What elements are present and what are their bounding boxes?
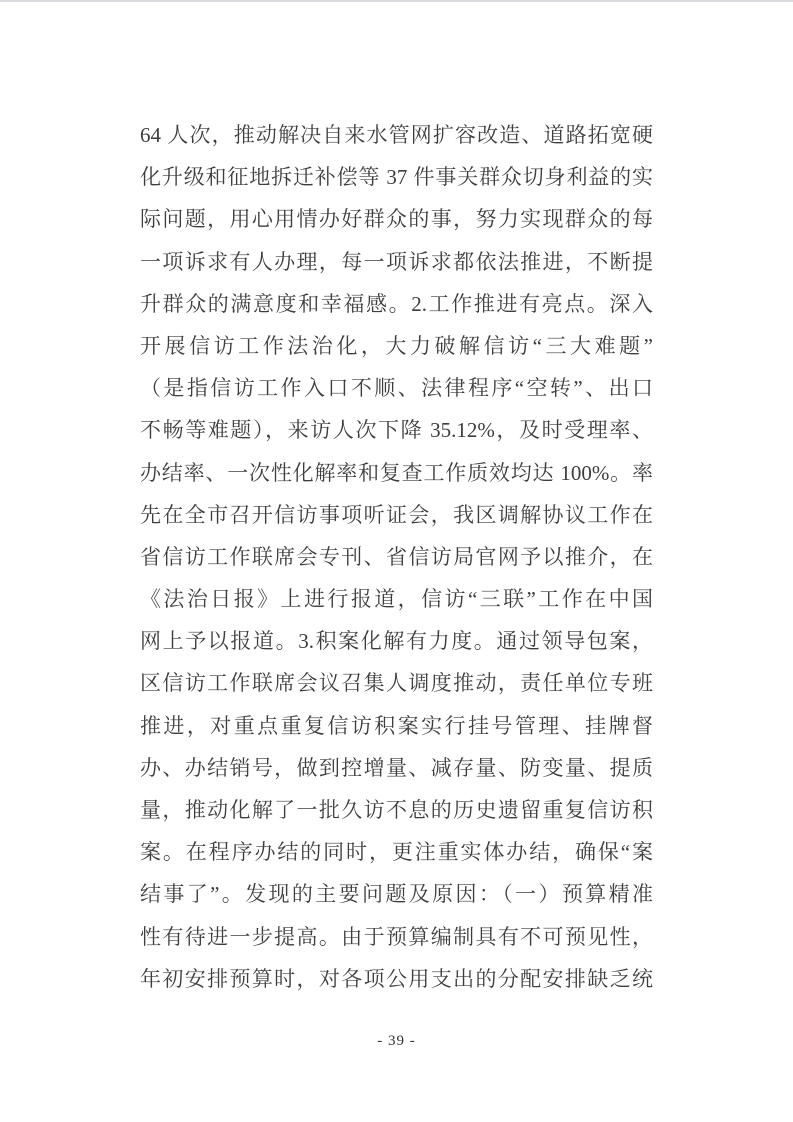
text-line: 量，推动化解了一批久访不息的历史遗留重复信访积 <box>140 789 653 831</box>
text-line: 先在全市召开信访事项听证会，我区调解协议工作在 <box>140 494 653 536</box>
text-line: 性有待进一步提高。由于预算编制具有不可预见性， <box>140 916 653 958</box>
text-line: 推进，对重点重复信访积案实行挂号管理、挂牌督 <box>140 705 653 747</box>
text-line: 年初安排预算时，对各项公用支出的分配安排缺乏统 <box>140 958 653 1000</box>
text-line: 一项诉求有人办理，每一项诉求都依法推进，不断提 <box>140 241 653 283</box>
text-line: 升群众的满意度和幸福感。2.工作推进有亮点。深入 <box>140 283 653 325</box>
text-line: 办、办结销号，做到控增量、减存量、防变量、提质 <box>140 747 653 789</box>
text-line: 不畅等难题），来访人次下降 35.12%，及时受理率、 <box>140 409 653 451</box>
text-line: 案。在程序办结的同时，更注重实体办结，确保“案 <box>140 831 653 873</box>
text-line: 结事了”。发现的主要问题及原因：（一）预算精准 <box>140 873 653 915</box>
text-line: 《法治日报》上进行报道，信访“三联”工作在中国 <box>140 578 653 620</box>
document-page: 64 人次，推动解决自来水管网扩容改造、道路拓宽硬 化升级和征地拆迁补偿等 37… <box>0 0 793 1122</box>
text-line: 化升级和征地拆迁补偿等 37 件事关群众切身利益的实 <box>140 156 653 198</box>
page-number: - 39 - <box>0 1033 793 1050</box>
text-line: 开展信访工作法治化，大力破解信访“三大难题” <box>140 325 653 367</box>
scan-top-edge <box>0 0 793 2</box>
text-line: 区信访工作联席会议召集人调度推动，责任单位专班 <box>140 662 653 704</box>
text-line: （是指信访工作入口不顺、法律程序“空转”、出口 <box>140 367 653 409</box>
text-line: 省信访工作联席会专刊、省信访局官网予以推介，在 <box>140 536 653 578</box>
text-line: 办结率、一次性化解率和复查工作质效均达 100%。率 <box>140 452 653 494</box>
text-line: 网上予以报道。3.积案化解有力度。通过领导包案， <box>140 620 653 662</box>
text-line: 64 人次，推动解决自来水管网扩容改造、道路拓宽硬 <box>140 114 653 156</box>
body-text-block: 64 人次，推动解决自来水管网扩容改造、道路拓宽硬 化升级和征地拆迁补偿等 37… <box>140 114 653 1000</box>
text-line: 际问题，用心用情办好群众的事，努力实现群众的每 <box>140 198 653 240</box>
